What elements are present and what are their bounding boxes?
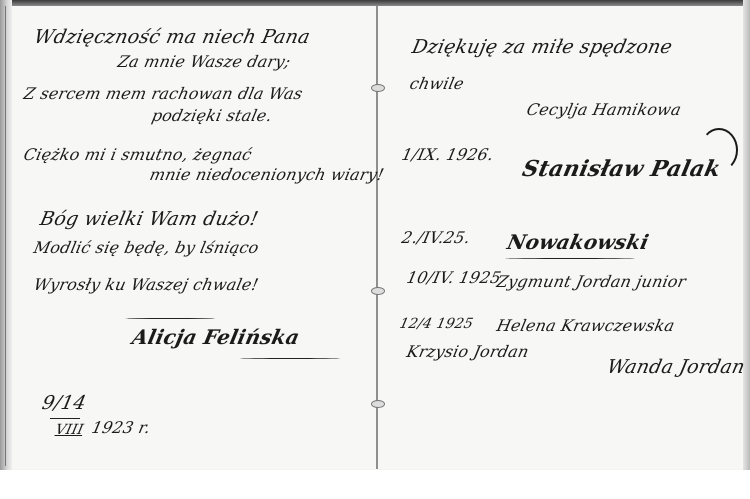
poem-line-8: Modlić się będę, by lśniąco [32, 238, 261, 257]
signature-nowakowski: Nowakowski [505, 230, 651, 254]
signature-cecylja: Cecylja Hamikowa [525, 100, 683, 119]
left-date-day: 9/14 [40, 392, 88, 414]
signature-underline-nowakowski [505, 258, 635, 259]
spine-stitch [371, 287, 385, 295]
poem-line-6: mnie niedocenionych wiary! [148, 165, 386, 184]
poem-line-1: Wdzięczność ma niech Pana [32, 26, 312, 48]
entry-date-3: 10/IV. 1925 [405, 268, 503, 287]
signature-wanda-jordan: Wanda Jordan [605, 356, 747, 378]
poem-line-9: Wyrosły ku Waszej chwale! [32, 275, 260, 294]
entry-date-1: 1/IX. 1926. [400, 145, 496, 164]
thanks-line-2: chwile [408, 74, 466, 93]
poem-line-7: Bóg wielki Wam dużo! [38, 208, 260, 230]
signature-stanislaw-palak: Stanisław Palak [520, 156, 723, 182]
poem-line-2: Za mnie Wasze dary; [116, 52, 292, 71]
left-date-year: 1923 r. [90, 418, 152, 437]
signature-underline [125, 318, 215, 319]
entry-date-4: 12/4 1925 [398, 316, 475, 332]
scanned-guestbook: Wdzięczność ma niech Pana Za mnie Wasze … [0, 0, 750, 470]
date-fraction-line [50, 418, 80, 419]
signature-zygmunt-jordan: Zygmunt Jordan junior [495, 272, 688, 291]
spine-stitch [371, 400, 385, 408]
entry-date-2: 2./IV.25. [400, 228, 472, 247]
signature-krzysio-jordan: Krzysio Jordan [405, 342, 531, 361]
signature-flourish [240, 358, 340, 359]
book-left-edge [0, 0, 12, 470]
thanks-line-1: Dziękuję za miłe spędzone [410, 36, 674, 58]
signature-flourish-palak [700, 128, 738, 172]
poem-line-3: Z sercem mem rachowan dla Was [22, 84, 304, 103]
poem-line-5: Ciężko mi i smutno, żegnać [22, 145, 254, 164]
left-date-month: VIII [54, 422, 85, 438]
book-right-edge [743, 0, 750, 470]
poem-line-4: podzięki stale. [150, 106, 274, 125]
signature-helena-krawczewska: Helena Krawczewska [495, 316, 676, 335]
spine-stitch [371, 84, 385, 92]
signature-alicja: Alicja Felińska [130, 325, 302, 349]
